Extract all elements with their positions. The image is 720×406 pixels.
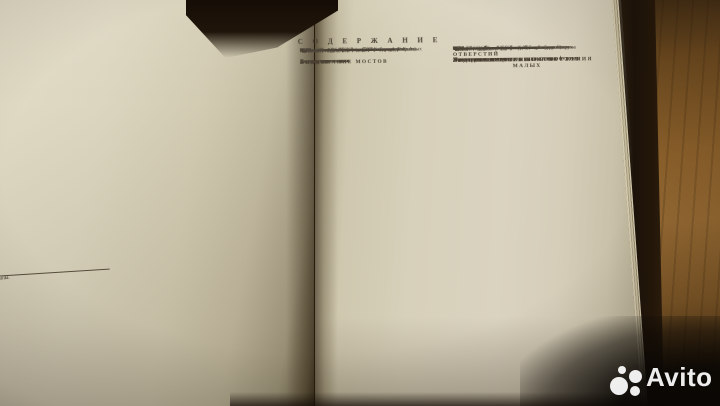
watermark-brand-text: Avito bbox=[646, 362, 713, 393]
avito-logo-icon bbox=[610, 364, 644, 398]
toc-heading: ВОДОИЗОЛЯЦИЯ bbox=[453, 57, 516, 64]
toc-page-number: 123 bbox=[453, 46, 464, 52]
toc-title: С О Д Е Р Ж А Н И Е bbox=[298, 36, 442, 46]
avito-logo-dot bbox=[630, 386, 640, 396]
toc-page-number: 51 bbox=[300, 48, 311, 54]
left-page-shading bbox=[0, 0, 314, 406]
avito-logo-dot bbox=[610, 377, 628, 395]
avito-logo-dot bbox=[618, 366, 626, 374]
toc-left-column: Введение3СОДЕРЖАНИЕ МОСТОВКлассификация … bbox=[300, 52, 448, 54]
avito-watermark: Avito bbox=[604, 354, 720, 400]
avito-logo-dot bbox=[629, 370, 642, 383]
toc-right-column: Укладка бетона под водой52Удаление излиш… bbox=[453, 50, 601, 52]
toc-subheading: Бетонная кладка bbox=[300, 58, 349, 65]
book-photo: С О Д Е Р Ж А Н И Е Введение3СОДЕРЖАНИЕ … bbox=[0, 0, 720, 406]
